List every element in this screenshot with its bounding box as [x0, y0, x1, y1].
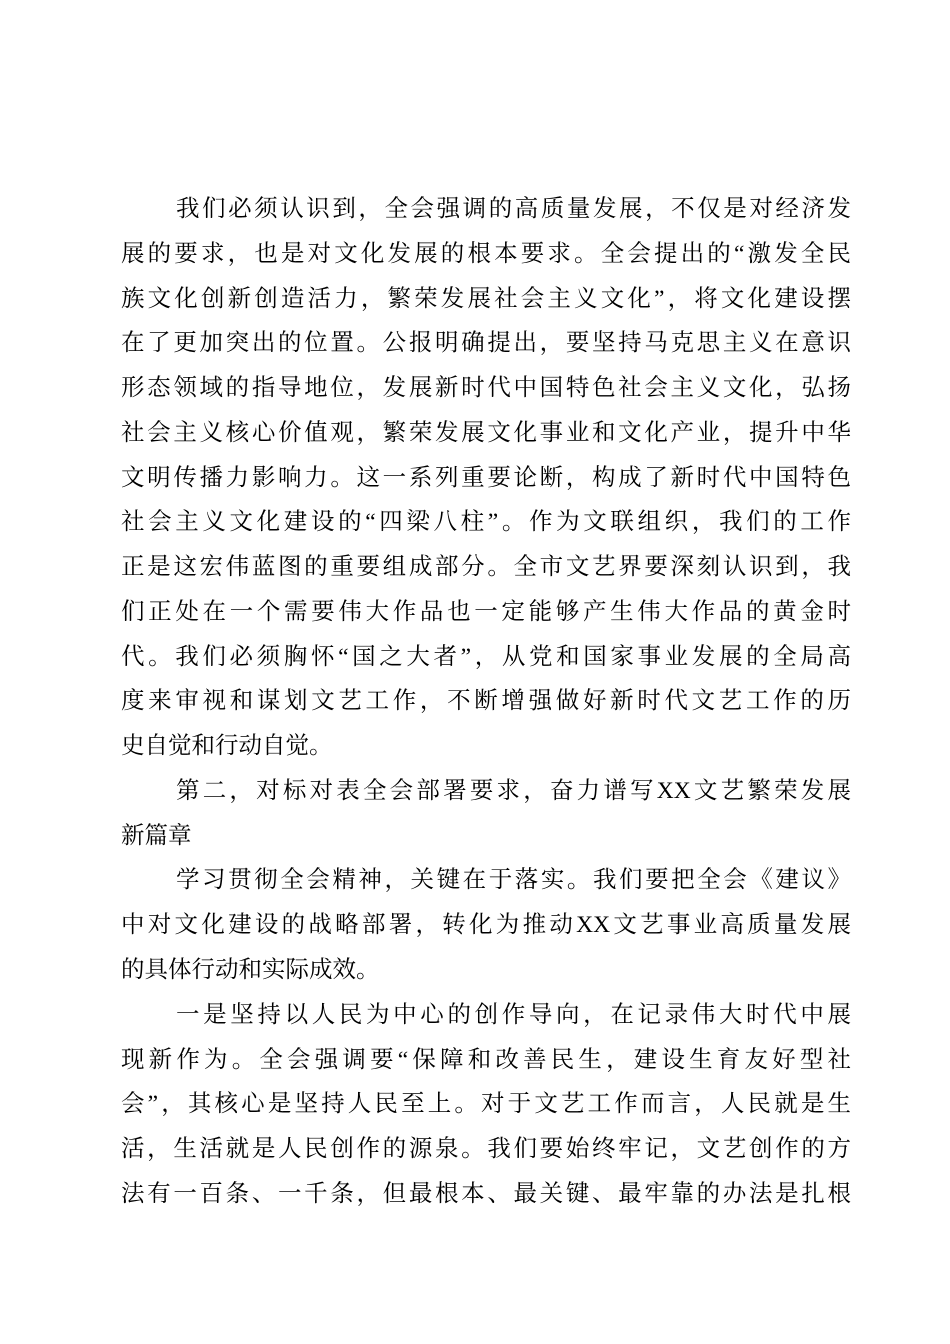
text-line: 新篇章: [121, 814, 851, 859]
text-line: 现新作为。全会强调要“保障和改善民生，建设生育友好型社: [121, 1038, 851, 1083]
text-line: 社会主义核心价值观，繁荣发展文化事业和文化产业，提升中华: [121, 411, 851, 456]
paragraph-body: 我们必须认识到，全会强调的高质量发展，不仅是对经济发展的要求，也是对文化发展的根…: [121, 187, 851, 769]
paragraph-body: 学习贯彻全会精神，关键在于落实。我们要把全会《建议》中对文化建设的战略部署，转化…: [121, 858, 851, 992]
text-line: 活，生活就是人民创作的源泉。我们要始终牢记，文艺创作的方: [121, 1127, 851, 1172]
text-line: 形态领域的指导地位，发展新时代中国特色社会主义文化，弘扬: [121, 366, 851, 411]
text-line: 在了更加突出的位置。公报明确提出，要坚持马克思主义在意识: [121, 321, 851, 366]
text-line: 第二，对标对表全会部署要求，奋力谱写XX文艺繁荣发展: [121, 769, 851, 814]
text-line: 的具体行动和实际成效。: [121, 948, 851, 993]
text-line: 学习贯彻全会精神，关键在于落实。我们要把全会《建议》: [121, 858, 851, 903]
text-line: 们正处在一个需要伟大作品也一定能够产生伟大作品的黄金时: [121, 590, 851, 635]
text-line: 文明传播力影响力。这一系列重要论断，构成了新时代中国特色: [121, 456, 851, 501]
paragraph-body: 一是坚持以人民为中心的创作导向，在记录伟大时代中展现新作为。全会强调要“保障和改…: [121, 993, 851, 1217]
text-line: 我们必须认识到，全会强调的高质量发展，不仅是对经济发: [121, 187, 851, 232]
text-line: 史自觉和行动自觉。: [121, 724, 851, 769]
text-line: 法有一百条、一千条，但最根本、最关键、最牢靠的办法是扎根: [121, 1172, 851, 1217]
text-line: 社会主义文化建设的“四梁八柱”。作为文联组织，我们的工作: [121, 500, 851, 545]
text-line: 代。我们必须胸怀“国之大者”，从党和国家事业发展的全局高: [121, 635, 851, 680]
text-line: 会”，其核心是坚持人民至上。对于文艺工作而言，人民就是生: [121, 1082, 851, 1127]
text-line: 一是坚持以人民为中心的创作导向，在记录伟大时代中展: [121, 993, 851, 1038]
document-text-block: 我们必须认识到，全会强调的高质量发展，不仅是对经济发展的要求，也是对文化发展的根…: [121, 187, 851, 1217]
text-line: 正是这宏伟蓝图的重要组成部分。全市文艺界要深刻认识到，我: [121, 545, 851, 590]
paragraph-heading: 第二，对标对表全会部署要求，奋力谱写XX文艺繁荣发展新篇章: [121, 769, 851, 859]
text-line: 度来审视和谋划文艺工作，不断增强做好新时代文艺工作的历: [121, 679, 851, 724]
text-line: 展的要求，也是对文化发展的根本要求。全会提出的“激发全民: [121, 232, 851, 277]
document-page: 我们必须认识到，全会强调的高质量发展，不仅是对经济发展的要求，也是对文化发展的根…: [0, 0, 950, 1344]
text-line: 中对文化建设的战略部署，转化为推动XX文艺事业高质量发展: [121, 903, 851, 948]
text-line: 族文化创新创造活力，繁荣发展社会主义文化”，将文化建设摆: [121, 277, 851, 322]
